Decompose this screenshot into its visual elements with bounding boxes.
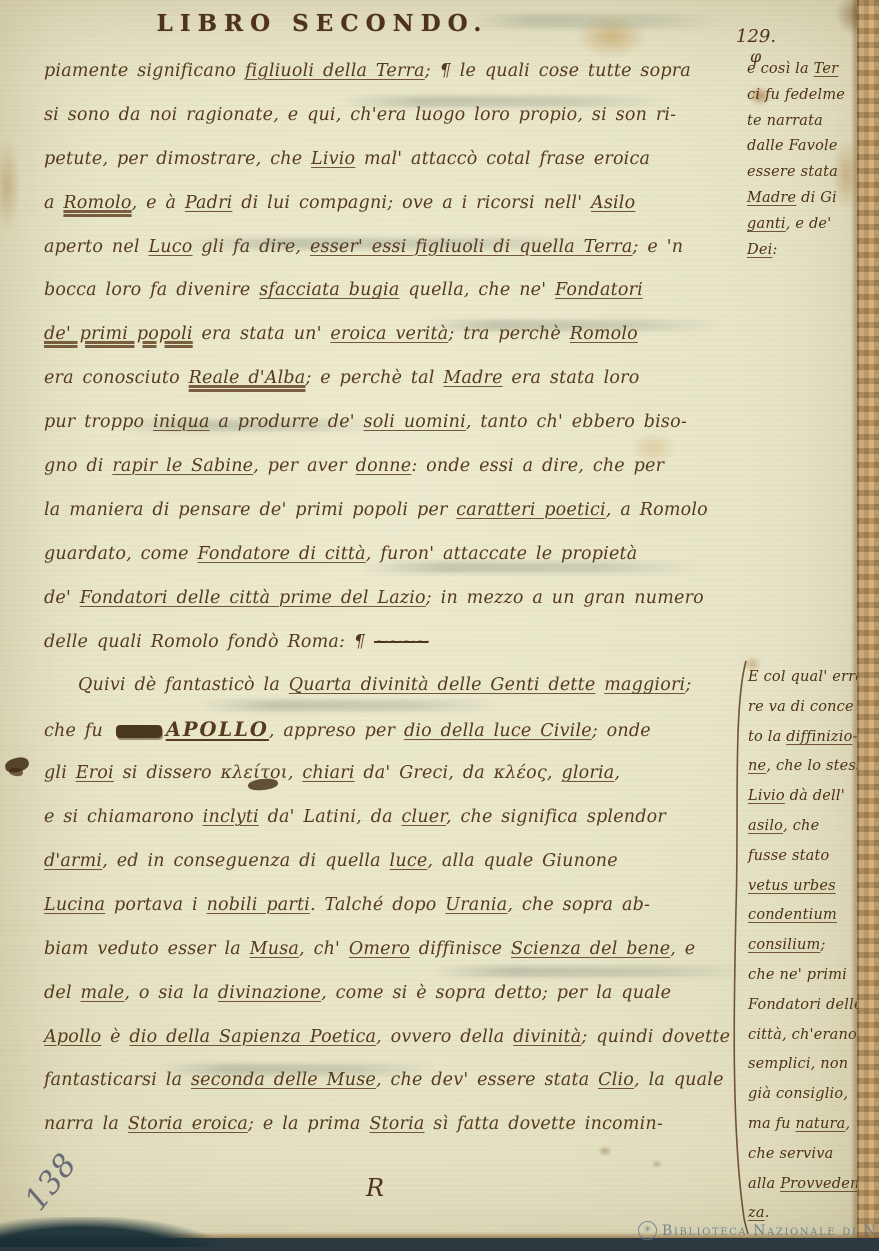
manuscript-page: LIBRO SECONDO. 129. φ piamente significa… [0,0,879,1251]
text-segment: soli uomini [364,412,466,432]
manuscript-line: la maniera di pensare de' primi popoli p… [44,489,750,533]
text-segment: gli [44,763,76,783]
text-segment: Quarta divinità delle Genti dette [289,675,596,695]
text-segment: ~~~~ [374,632,429,652]
text-segment: ci fu fedelme [747,87,845,103]
manuscript-line: dalle Favole [747,134,865,160]
manuscript-line: già consiglio, [748,1080,866,1110]
text-segment: divinazione [218,983,321,1003]
manuscript-line: Livio dà dell' [748,782,866,812]
manuscript-line: e si chiamarono inclyti da' Latini, da c… [44,796,750,840]
text-segment: rapir le Sabine [112,456,253,476]
manuscript-line: re va di conce [748,693,866,723]
manuscript-line: si sono da noi ragionate, e qui, ch'era … [44,94,750,138]
text-segment: ; in mezzo a un gran numero [426,588,704,608]
text-segment: a [44,193,63,213]
text-segment: Fondatore di città [197,544,365,564]
text-segment: , e de' [786,216,832,232]
margin-note-middle: E col qual' errore va di conceto la diff… [748,663,866,1229]
text-segment: Eroi [76,763,114,783]
text-segment: era conosciuto [44,368,189,388]
text-segment: , che [783,818,819,834]
manuscript-line: asilo, che [748,812,866,842]
text-segment: piamente significano [44,61,245,81]
text-segment: cluer [402,807,446,827]
manuscript-line: era conosciuto Reale d'Alba; e perchè ta… [44,357,750,401]
text-segment: consilium [748,937,820,953]
manuscript-line: Apollo è dio della Sapienza Poetica, ovv… [44,1016,750,1060]
text-segment: asilo [748,818,783,834]
text-segment: de' primi popoli [44,324,193,344]
stain [652,1160,662,1168]
manuscript-line: consilium; [748,931,866,961]
manuscript-line: essere stata [747,160,865,186]
text-segment: Livio [311,149,355,169]
text-segment: ; tra perchè [448,324,569,344]
text-segment: , alla quale Giunone [427,851,617,871]
text-segment: quella, che ne' [399,280,555,300]
text-segment: , la quale [634,1070,724,1090]
text-segment: Luco [148,237,192,257]
text-segment: bocca loro fa divenire [44,280,259,300]
ink-blot [116,725,162,738]
text-segment: , furon' attaccate le propietà [366,544,638,564]
text-segment: ; [685,675,691,695]
text-segment: Madre [443,368,502,388]
text-segment: si sono da noi ragionate, e qui, ch'era … [44,105,676,125]
text-segment: Omero [349,939,410,959]
text-segment: ; ¶ le quali cose tutte sopra [425,61,691,81]
text-segment: : onde essi a dire, che per [411,456,664,476]
text-segment: ganti [747,216,786,232]
text-segment: Madre [747,190,796,206]
text-segment: inclyti [203,807,259,827]
stain [598,1146,612,1156]
text-segment: che ne' primi [748,967,847,983]
text-segment: ; onde [592,721,651,741]
manuscript-line: ganti, e de' [747,212,865,238]
text-segment: Asilo [591,193,635,213]
text-segment: Storia eroica [128,1114,248,1134]
text-segment: , ed in conseguenza di quella [102,851,389,871]
text-segment: natura [796,1116,846,1132]
text-segment: la maniera di pensare de' primi popoli p… [44,500,456,520]
manuscript-line: de' primi popoli era stata un' eroica ve… [44,313,750,357]
text-segment: Livio [748,788,785,804]
library-stamp: ✳ Biblioteca Nazionale di Napoli [638,1221,879,1240]
text-segment: , che significa splendor [446,807,666,827]
text-segment: Reale d'Alba [189,368,306,388]
manuscript-line: ne, che lo stesso [748,752,866,782]
text-segment: che fu [44,721,112,741]
text-segment: delle quali Romolo fondò Roma: ¶ [44,632,374,652]
text-segment: . [765,1205,770,1221]
text-segment: , appreso per [269,721,404,741]
text-segment: d'armi [44,851,102,871]
manuscript-line: vetus urbes [748,872,866,902]
text-segment: pur troppo [44,412,153,432]
text-segment: è [101,1027,129,1047]
text-segment: eroica verità [330,324,448,344]
manuscript-line: piamente significano figliuoli della Ter… [44,50,750,94]
manuscript-line: che ne' primi [748,961,866,991]
text-segment: caratteri poetici [456,500,606,520]
main-text-block: piamente significano figliuoli della Ter… [44,50,750,1147]
text-segment: luce [390,851,428,871]
manuscript-line: Dei: [747,238,865,264]
phi-mark: φ [750,47,761,66]
folio-number: 129. [736,26,776,47]
text-segment: città, ch'erano [748,1027,857,1043]
text-segment: chiari [302,763,354,783]
text-segment: APOLLO [166,718,269,741]
manuscript-line: del male, o sia la divinazione, come si … [44,972,750,1016]
text-segment: Ter [814,61,839,77]
text-segment: esser' essi figliuoli di quella Terra [310,237,633,257]
stain [0,140,20,230]
text-segment: era stata loro [503,368,640,388]
text-segment: iniqua [153,412,210,432]
manuscript-line: bocca loro fa divenire sfacciata bugia q… [44,269,750,313]
text-segment: , o sia la [124,983,218,1003]
text-segment: , [614,763,620,783]
text-segment: Clio [598,1070,634,1090]
text-segment: Scienza del bene [511,939,670,959]
text-segment: Musa [250,939,299,959]
text-segment: gloria [561,763,614,783]
manuscript-line: Madre di Gi [747,186,865,212]
text-segment: di lui compagni; ove a i ricorsi nell' [232,193,591,213]
text-segment: e si chiamarono [44,807,203,827]
manuscript-line: fantasticarsi la seconda delle Muse, che… [44,1059,750,1103]
manuscript-line: d'armi, ed in conseguenza di quella luce… [44,840,750,884]
text-segment: biam veduto esser la [44,939,250,959]
text-segment: , e à [132,193,185,213]
text-segment: te narrata [747,113,823,129]
text-segment: Quivi dè fantasticò la [78,675,289,695]
text-segment: petute, per dimostrare, che [44,149,311,169]
text-segment: Fondatori [555,280,643,300]
catchword: R [366,1174,384,1202]
manuscript-line: fusse stato [748,842,866,872]
text-segment: guardato, come [44,544,197,564]
manuscript-line: aperto nel Luco gli fa dire, esser' essi… [44,226,750,270]
text-segment: , a Romolo [606,500,708,520]
text-segment: maggiori [604,675,685,695]
text-segment: che serviva [748,1146,833,1162]
manuscript-line: alla Provveden- [748,1170,866,1200]
text-segment: re va di conce [748,699,854,715]
text-segment: Romolo [570,324,638,344]
text-segment: alla [748,1176,780,1192]
manuscript-line: che serviva [748,1140,866,1170]
text-segment: figliuoli della Terra [245,61,425,81]
manuscript-line: Quivi dè fantasticò la Quarta divinità d… [44,664,750,708]
manuscript-line: a Romolo, e à Padri di lui compagni; ove… [44,182,750,226]
text-segment: del [44,983,81,1003]
text-segment: semplici, non [748,1056,848,1072]
stamp-label: Biblioteca Nazionale di Napoli [662,1223,879,1239]
text-segment: seconda delle Muse [191,1070,376,1090]
text-segment: Lucina [44,895,105,915]
text-segment: ; e perchè tal [305,368,443,388]
manuscript-line: gno di rapir le Sabine, per aver donne: … [44,445,750,489]
manuscript-line: te narrata [747,109,865,135]
text-segment: , che sopra ab- [507,895,650,915]
manuscript-line: Lucina portava i nobili parti. Talché do… [44,884,750,928]
text-segment: Fondatori delle città prime del Lazio [80,588,426,608]
text-segment: nobili parti [207,895,310,915]
text-segment: za [748,1205,765,1221]
manuscript-line: Fondatori delle [748,991,866,1021]
manuscript-line: semplici, non [748,1050,866,1080]
manuscript-line: de' Fondatori delle città prime del Lazi… [44,577,750,621]
text-segment: essere stata [747,164,838,180]
text-segment: da' Latini, da [259,807,402,827]
manuscript-line: pur troppo iniqua a produrre de' soli uo… [44,401,750,445]
text-segment: Fondatori delle [748,997,863,1013]
text-segment: Padri [185,193,233,213]
text-segment: vetus urbes [748,878,836,894]
manuscript-line: to la diffinizio- [748,723,866,753]
text-segment: Apollo [44,1027,101,1047]
text-segment: , ovvero della [376,1027,513,1047]
text-segment: . Talché dopo [310,895,445,915]
text-segment: Provveden [780,1176,859,1192]
text-segment: , tanto ch' ebbero biso- [466,412,687,432]
text-segment: to la [748,729,786,745]
text-segment: , come si è sopra detto; per la quale [321,983,671,1003]
pencil-foliation: 138 [18,1146,85,1217]
text-segment: Storia [369,1114,424,1134]
manuscript-line: guardato, come Fondatore di città, furon… [44,533,750,577]
manuscript-line: condentium [748,901,866,931]
stamp-emblem-icon: ✳ [638,1221,657,1240]
text-segment: ne [748,758,766,774]
text-segment: fantasticarsi la [44,1070,191,1090]
manuscript-line: ma fu natura, [748,1110,866,1140]
text-segment: fusse stato [748,848,829,864]
text-segment: de' [44,588,80,608]
text-segment: dà dell' [785,788,845,804]
text-segment: , che dev' essere stata [376,1070,598,1090]
text-segment: diffinisce [410,939,511,959]
text-segment [595,675,604,695]
text-segment: a produrre de' [210,412,364,432]
text-segment: ; e la prima [248,1114,369,1134]
text-segment: di Gi [796,190,837,206]
text-segment: , [845,1116,850,1132]
margin-note-top: e così la Terci fu fedelmete narratadall… [747,57,865,263]
text-segment: narra la [44,1114,128,1134]
text-segment: diffinizio [786,729,852,745]
text-segment: sì fatta dovette incomin- [425,1114,663,1134]
book-title: LIBRO SECONDO. [0,10,645,37]
text-segment: era stata un' [193,324,331,344]
manuscript-line: città, ch'erano [748,1021,866,1051]
text-segment: gli fa dire, [193,237,310,257]
text-segment: divinità [513,1027,581,1047]
text-segment: ; quindi dovette [581,1027,730,1047]
text-segment: , per aver [253,456,355,476]
text-segment: ; e 'n [633,237,684,257]
text-segment: sfacciata bugia [259,280,399,300]
text-segment: E col qual' erro [748,669,864,685]
text-segment: : [772,242,777,258]
manuscript-line: gli Eroi si dissero κλείτοι, chiari da' … [44,752,750,796]
text-segment: aperto nel [44,237,148,257]
text-segment: ma fu [748,1116,796,1132]
margin-brace [729,658,749,1236]
text-segment: portava i [105,895,206,915]
text-segment: male [81,983,125,1003]
text-segment: , e [670,939,695,959]
manuscript-line: biam veduto esser la Musa, ch' Omero dif… [44,928,750,972]
text-segment: donne [356,456,412,476]
text-segment: dio della Sapienza Poetica [129,1027,376,1047]
text-segment: dalle Favole [747,138,838,154]
text-segment: , ch' [299,939,349,959]
manuscript-line: e così la Ter [747,57,865,83]
manuscript-line: petute, per dimostrare, che Livio mal' a… [44,138,750,182]
text-segment: Romolo [63,193,131,213]
text-segment: mal' attaccò cotal frase eroica [355,149,650,169]
text-segment: ; [820,937,825,953]
text-segment: da' Greci, da κλέος, [355,763,562,783]
manuscript-line: ci fu fedelme [747,83,865,109]
text-segment: dio della luce Civile [404,721,592,741]
manuscript-line: delle quali Romolo fondò Roma: ¶ ~~~~ [44,621,750,665]
text-segment: gno di [44,456,112,476]
book-fore-edge [857,0,879,1251]
text-segment: Dei [747,242,772,258]
scan-corner-shadow [0,1217,226,1247]
text-segment: condentium [748,907,837,923]
manuscript-line: che fu APOLLO, appreso per dio della luc… [44,708,750,752]
text-segment: Urania [445,895,507,915]
manuscript-line: narra la Storia eroica; e la prima Stori… [44,1103,750,1147]
text-segment: già consiglio, [748,1086,848,1102]
manuscript-line: E col qual' erro [748,663,866,693]
